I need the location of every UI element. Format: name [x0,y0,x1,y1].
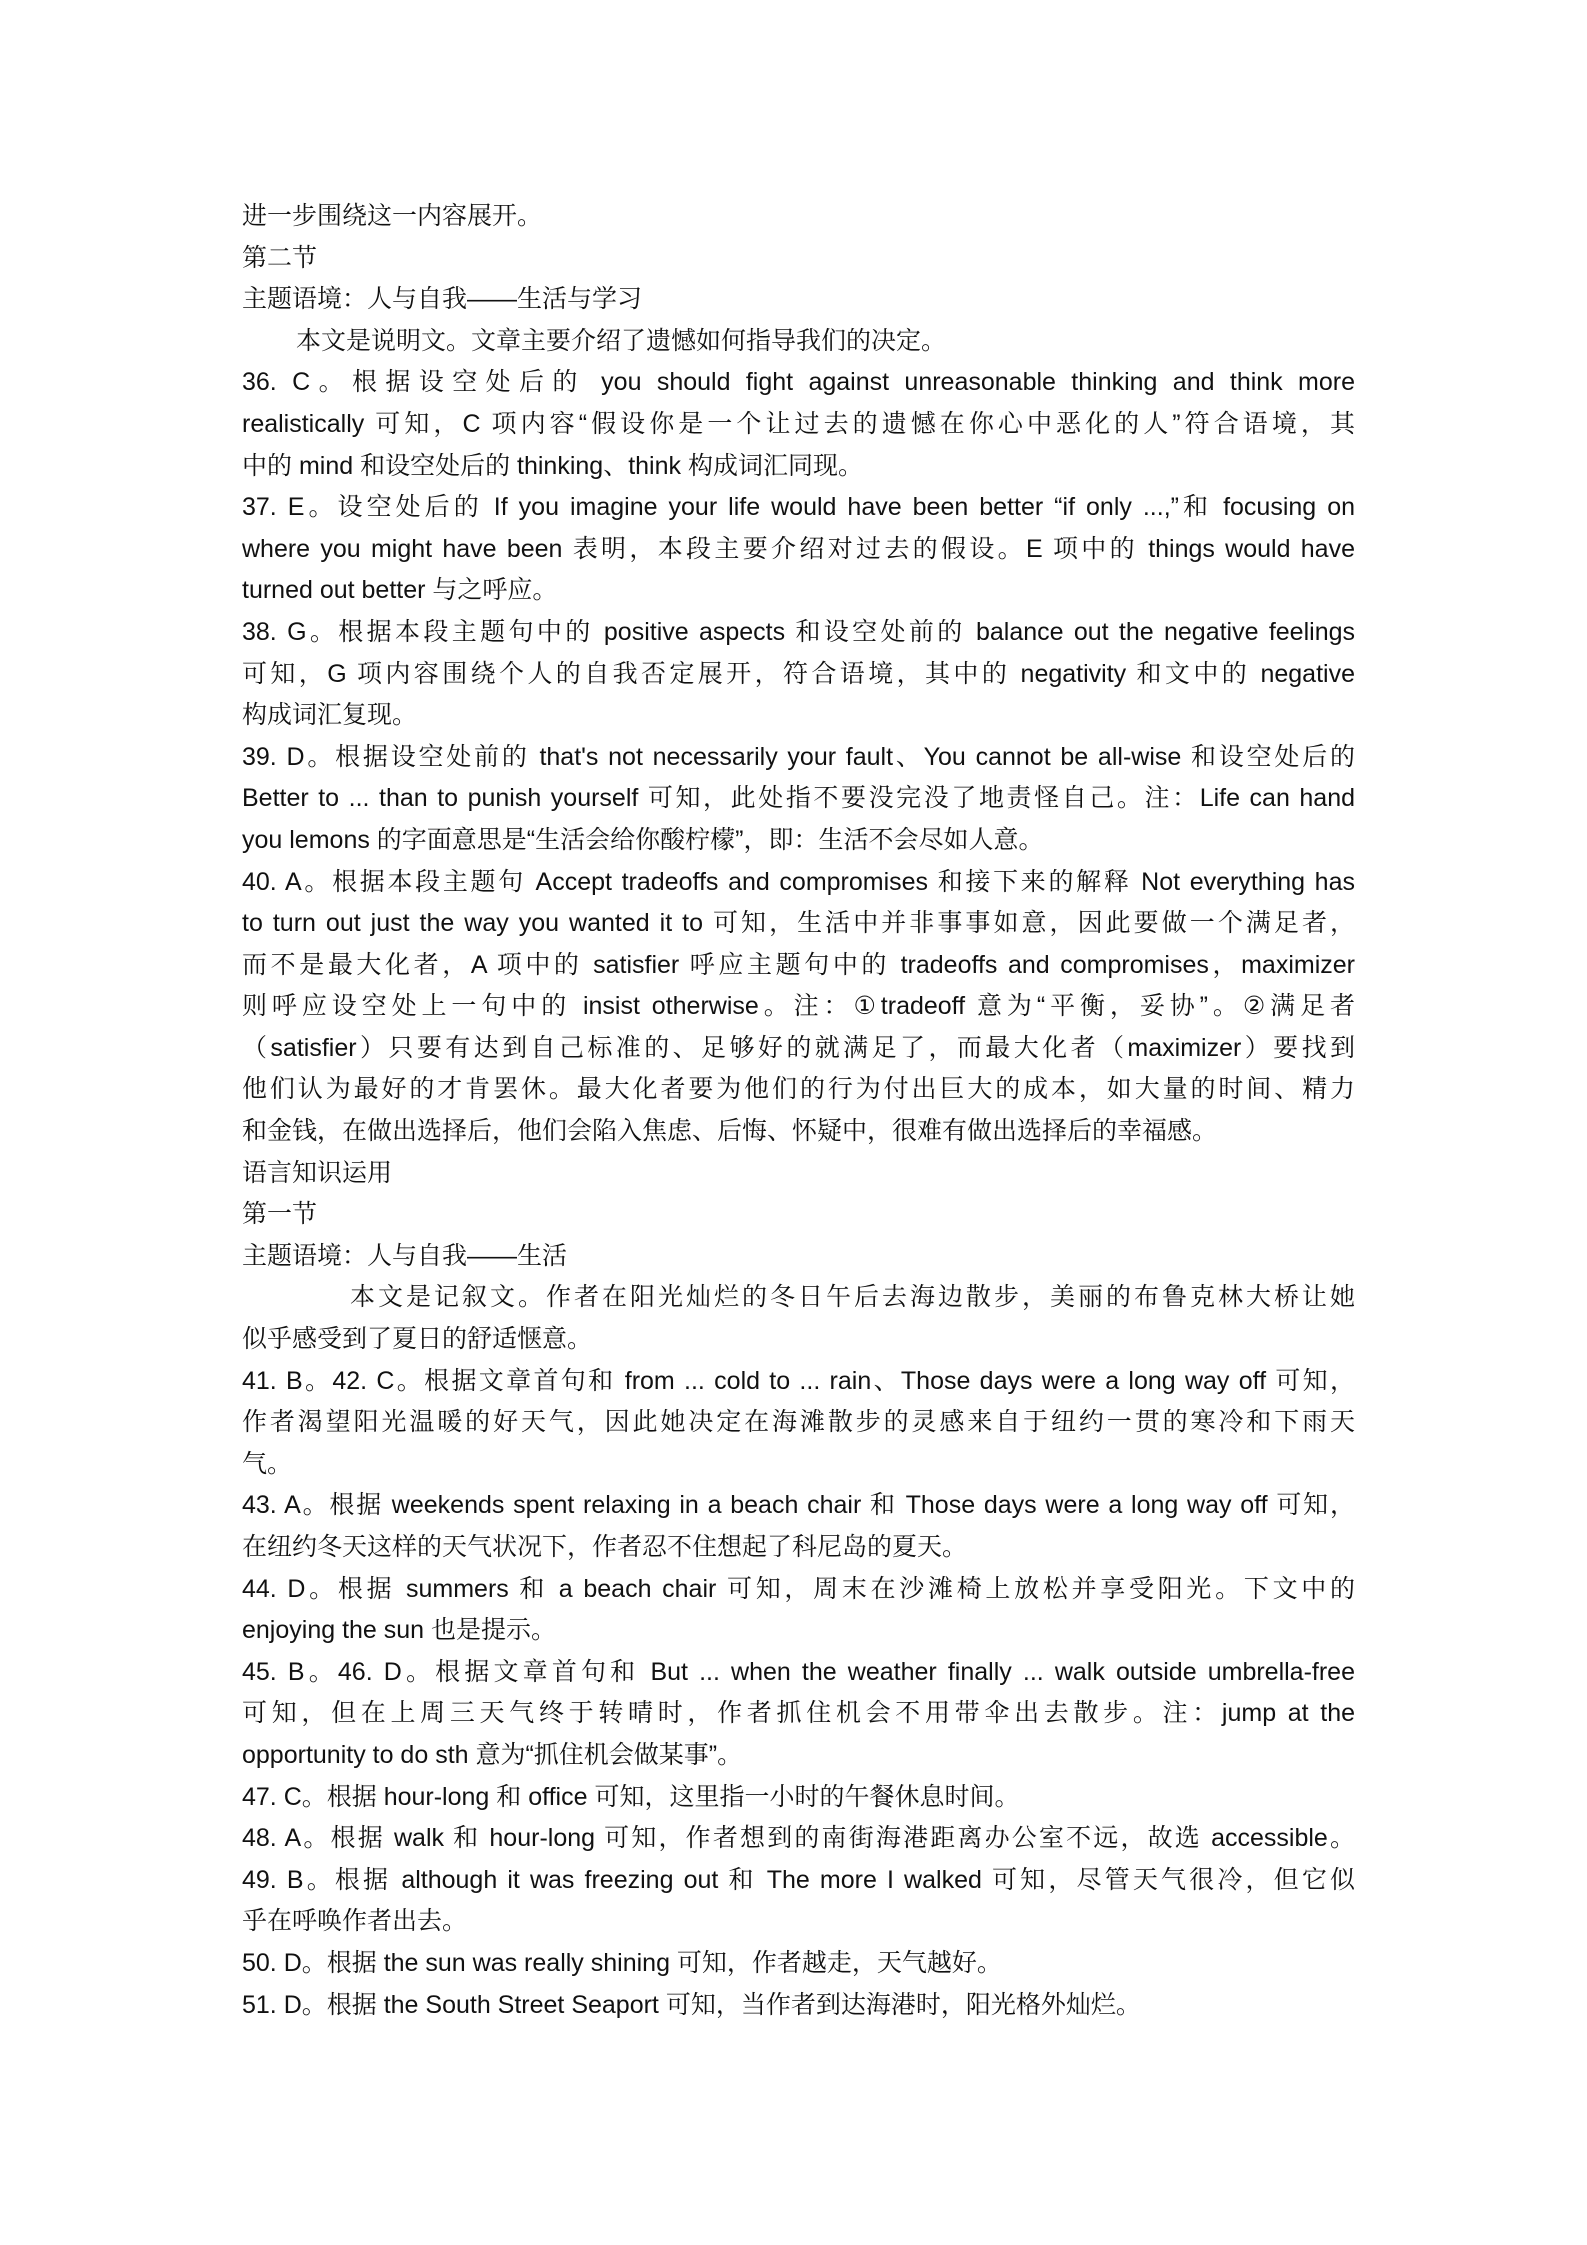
answer-45-46-line-2: 可知，但在上周三天气终于转晴时，作者抓住机会不用带伞出去散步。注：jump at… [242,1693,1355,1735]
answer-40-line-4: 则呼应设空处上一句中的 insist otherwise。注：①tradeoff… [242,986,1355,1028]
answer-39-line-3: you lemons 的字面意思是“生活会给你酸柠檬”，即：生活不会尽如人意。 [242,820,1355,862]
answer-39-line-1: 39. D。根据设空处前的 that's not necessarily you… [242,737,1355,779]
section-heading-part2: 第二节 [242,238,1355,280]
answer-47: 47. C。根据 hour-long 和 office 可知，这里指一小时的午餐… [242,1777,1355,1819]
answer-37-line-1: 37. E。设空处后的 If you imagine your life wou… [242,487,1355,529]
answer-43-line-1: 43. A。根据 weekends spent relaxing in a be… [242,1485,1355,1527]
theme-context-heading: 主题语境：人与自我——生活与学习 [242,279,1355,321]
answer-37-line-2: where you might have been 表明，本段主要介绍对过去的假… [242,529,1355,571]
answer-40-line-5: （satisfier）只要有达到自己标准的、足够好的就满足了，而最大化者（max… [242,1028,1355,1070]
answer-48: 48. A。根据 walk 和 hour-long 可知，作者想到的南街海港距离… [242,1818,1355,1860]
passage-summary-2-line-1: 本文是记叙文。作者在阳光灿烂的冬日午后去海边散步，美丽的布鲁克林大桥让她 [242,1277,1355,1319]
section-heading-language-use: 语言知识运用 [242,1153,1355,1195]
answer-40-line-2: to turn out just the way you wanted it t… [242,903,1355,945]
section-heading-part1: 第一节 [242,1194,1355,1236]
answer-40-line-6: 他们认为最好的才肯罢休。最大化者要为他们的行为付出巨大的成本，如大量的时间、精力 [242,1069,1355,1111]
answer-44-line-2: enjoying the sun 也是提示。 [242,1610,1355,1652]
answer-45-46-line-1: 45. B。46. D。根据文章首句和 But ... when the wea… [242,1652,1355,1694]
theme-context-heading-2: 主题语境：人与自我——生活 [242,1236,1355,1278]
answer-50: 50. D。根据 the sun was really shining 可知，作… [242,1943,1355,1985]
answer-41-42-line-3: 气。 [242,1444,1355,1486]
passage-summary: 本文是说明文。文章主要介绍了遗憾如何指导我们的决定。 [242,321,1355,363]
answer-38-line-3: 构成词汇复现。 [242,695,1355,737]
answer-49-line-2: 乎在呼唤作者出去。 [242,1901,1355,1943]
answer-37-line-3: turned out better 与之呼应。 [242,570,1355,612]
passage-summary-2-line-2: 似乎感受到了夏日的舒适惬意。 [242,1319,1355,1361]
answer-36-line-1: 36. C。根据设空处后的 you should fight against u… [242,362,1355,404]
answer-40-line-1: 40. A。根据本段主题句 Accept tradeoffs and compr… [242,862,1355,904]
answer-38-line-1: 38. G。根据本段主题句中的 positive aspects 和设空处前的 … [242,612,1355,654]
answer-41-42-line-1: 41. B。42. C。根据文章首句和 from ... cold to ...… [242,1361,1355,1403]
answer-36-line-2: realistically 可知，C 项内容“假设你是一个让过去的遗憾在你心中恶… [242,404,1355,446]
answer-39-line-2: Better to ... than to punish yourself 可知… [242,778,1355,820]
document-page: 进一步围绕这一内容展开。 第二节 主题语境：人与自我——生活与学习 本文是说明文… [242,196,1355,2026]
answer-43-line-2: 在纽约冬天这样的天气状况下，作者忍不住想起了科尼岛的夏天。 [242,1527,1355,1569]
answer-41-42-line-2: 作者渴望阳光温暖的好天气，因此她决定在海滩散步的灵感来自于纽约一贯的寒冷和下雨天 [242,1402,1355,1444]
answer-51: 51. D。根据 the South Street Seaport 可知，当作者… [242,1985,1355,2027]
continuation-text: 进一步围绕这一内容展开。 [242,196,1355,238]
answer-45-46-line-3: opportunity to do sth 意为“抓住机会做某事”。 [242,1735,1355,1777]
answer-44-line-1: 44. D。根据 summers 和 a beach chair 可知，周末在沙… [242,1569,1355,1611]
answer-38-line-2: 可知，G 项内容围绕个人的自我否定展开，符合语境，其中的 negativity … [242,654,1355,696]
answer-36-line-3: 中的 mind 和设空处后的 thinking、think 构成词汇同现。 [242,446,1355,488]
answer-40-line-3: 而不是最大化者，A 项中的 satisfier 呼应主题句中的 tradeoff… [242,945,1355,987]
answer-49-line-1: 49. B。根据 although it was freezing out 和 … [242,1860,1355,1902]
answer-40-line-7: 和金钱，在做出选择后，他们会陷入焦虑、后悔、怀疑中，很难有做出选择后的幸福感。 [242,1111,1355,1153]
